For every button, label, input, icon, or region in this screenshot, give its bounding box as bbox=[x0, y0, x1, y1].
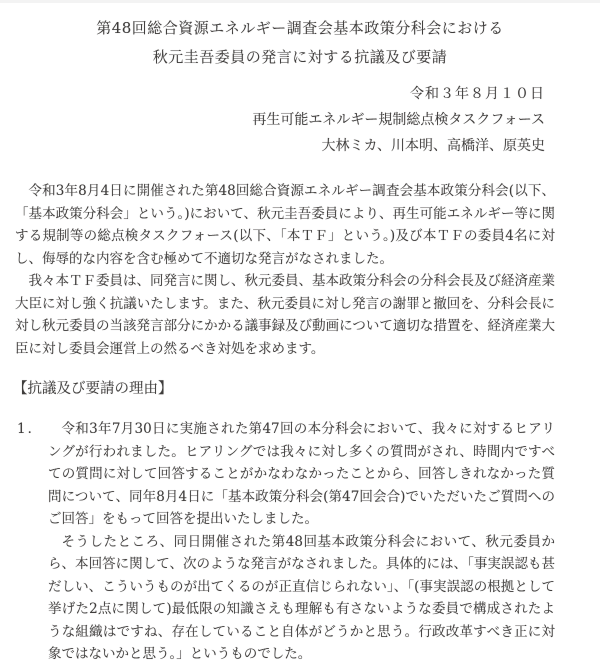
reason-item-1-number: 1． bbox=[17, 418, 43, 441]
reason-item-1: 1． 令和3年7月30日に実施された第47回の本分科会において、我々に対するヒア… bbox=[48, 418, 555, 666]
organization-name: 再生可能エネルギー規制総点検タスクフォース bbox=[0, 107, 545, 133]
opening-paragraph-2: 我々本ＴＦ委員は、同発言に関し、秋元委員、基本政策分科会の分科会長及び経済産業大… bbox=[15, 270, 555, 360]
document-page: 第48回総合資源エネルギー調査会基本政策分科会における 秋元圭吾委員の発言に対す… bbox=[0, 14, 600, 666]
title-line-1: 第48回総合資源エネルギー調査会基本政策分科会における bbox=[0, 14, 600, 43]
reasons-section-heading: 【抗議及び要請の理由】 bbox=[13, 378, 555, 401]
document-meta: 令和３年８月１０日 再生可能エネルギー規制総点検タスクフォース 大林ミカ、川本明… bbox=[0, 81, 600, 159]
opening-paragraph-1: 令和3年8月4日に開催された第48回総合資源エネルギー調査会基本政策分科会(以下… bbox=[15, 180, 555, 270]
author-names: 大林ミカ、川本明、高橋洋、原英史 bbox=[0, 133, 545, 159]
reason-item-1-paragraph-2: そうしたところ、同日開催された第48回基本政策分科会において、秋元委員から、本回… bbox=[48, 531, 555, 666]
document-title: 第48回総合資源エネルギー調査会基本政策分科会における 秋元圭吾委員の発言に対す… bbox=[0, 14, 600, 72]
scan-edge-strip bbox=[0, 0, 600, 3]
document-date: 令和３年８月１０日 bbox=[0, 81, 545, 107]
title-line-2: 秋元圭吾委員の発言に対する抗議及び要請 bbox=[0, 43, 600, 72]
reason-item-1-paragraph-1: 令和3年7月30日に実施された第47回の本分科会において、我々に対するヒアリング… bbox=[48, 418, 555, 531]
opening-section: 令和3年8月4日に開催された第48回総合資源エネルギー調査会基本政策分科会(以下… bbox=[15, 180, 555, 360]
